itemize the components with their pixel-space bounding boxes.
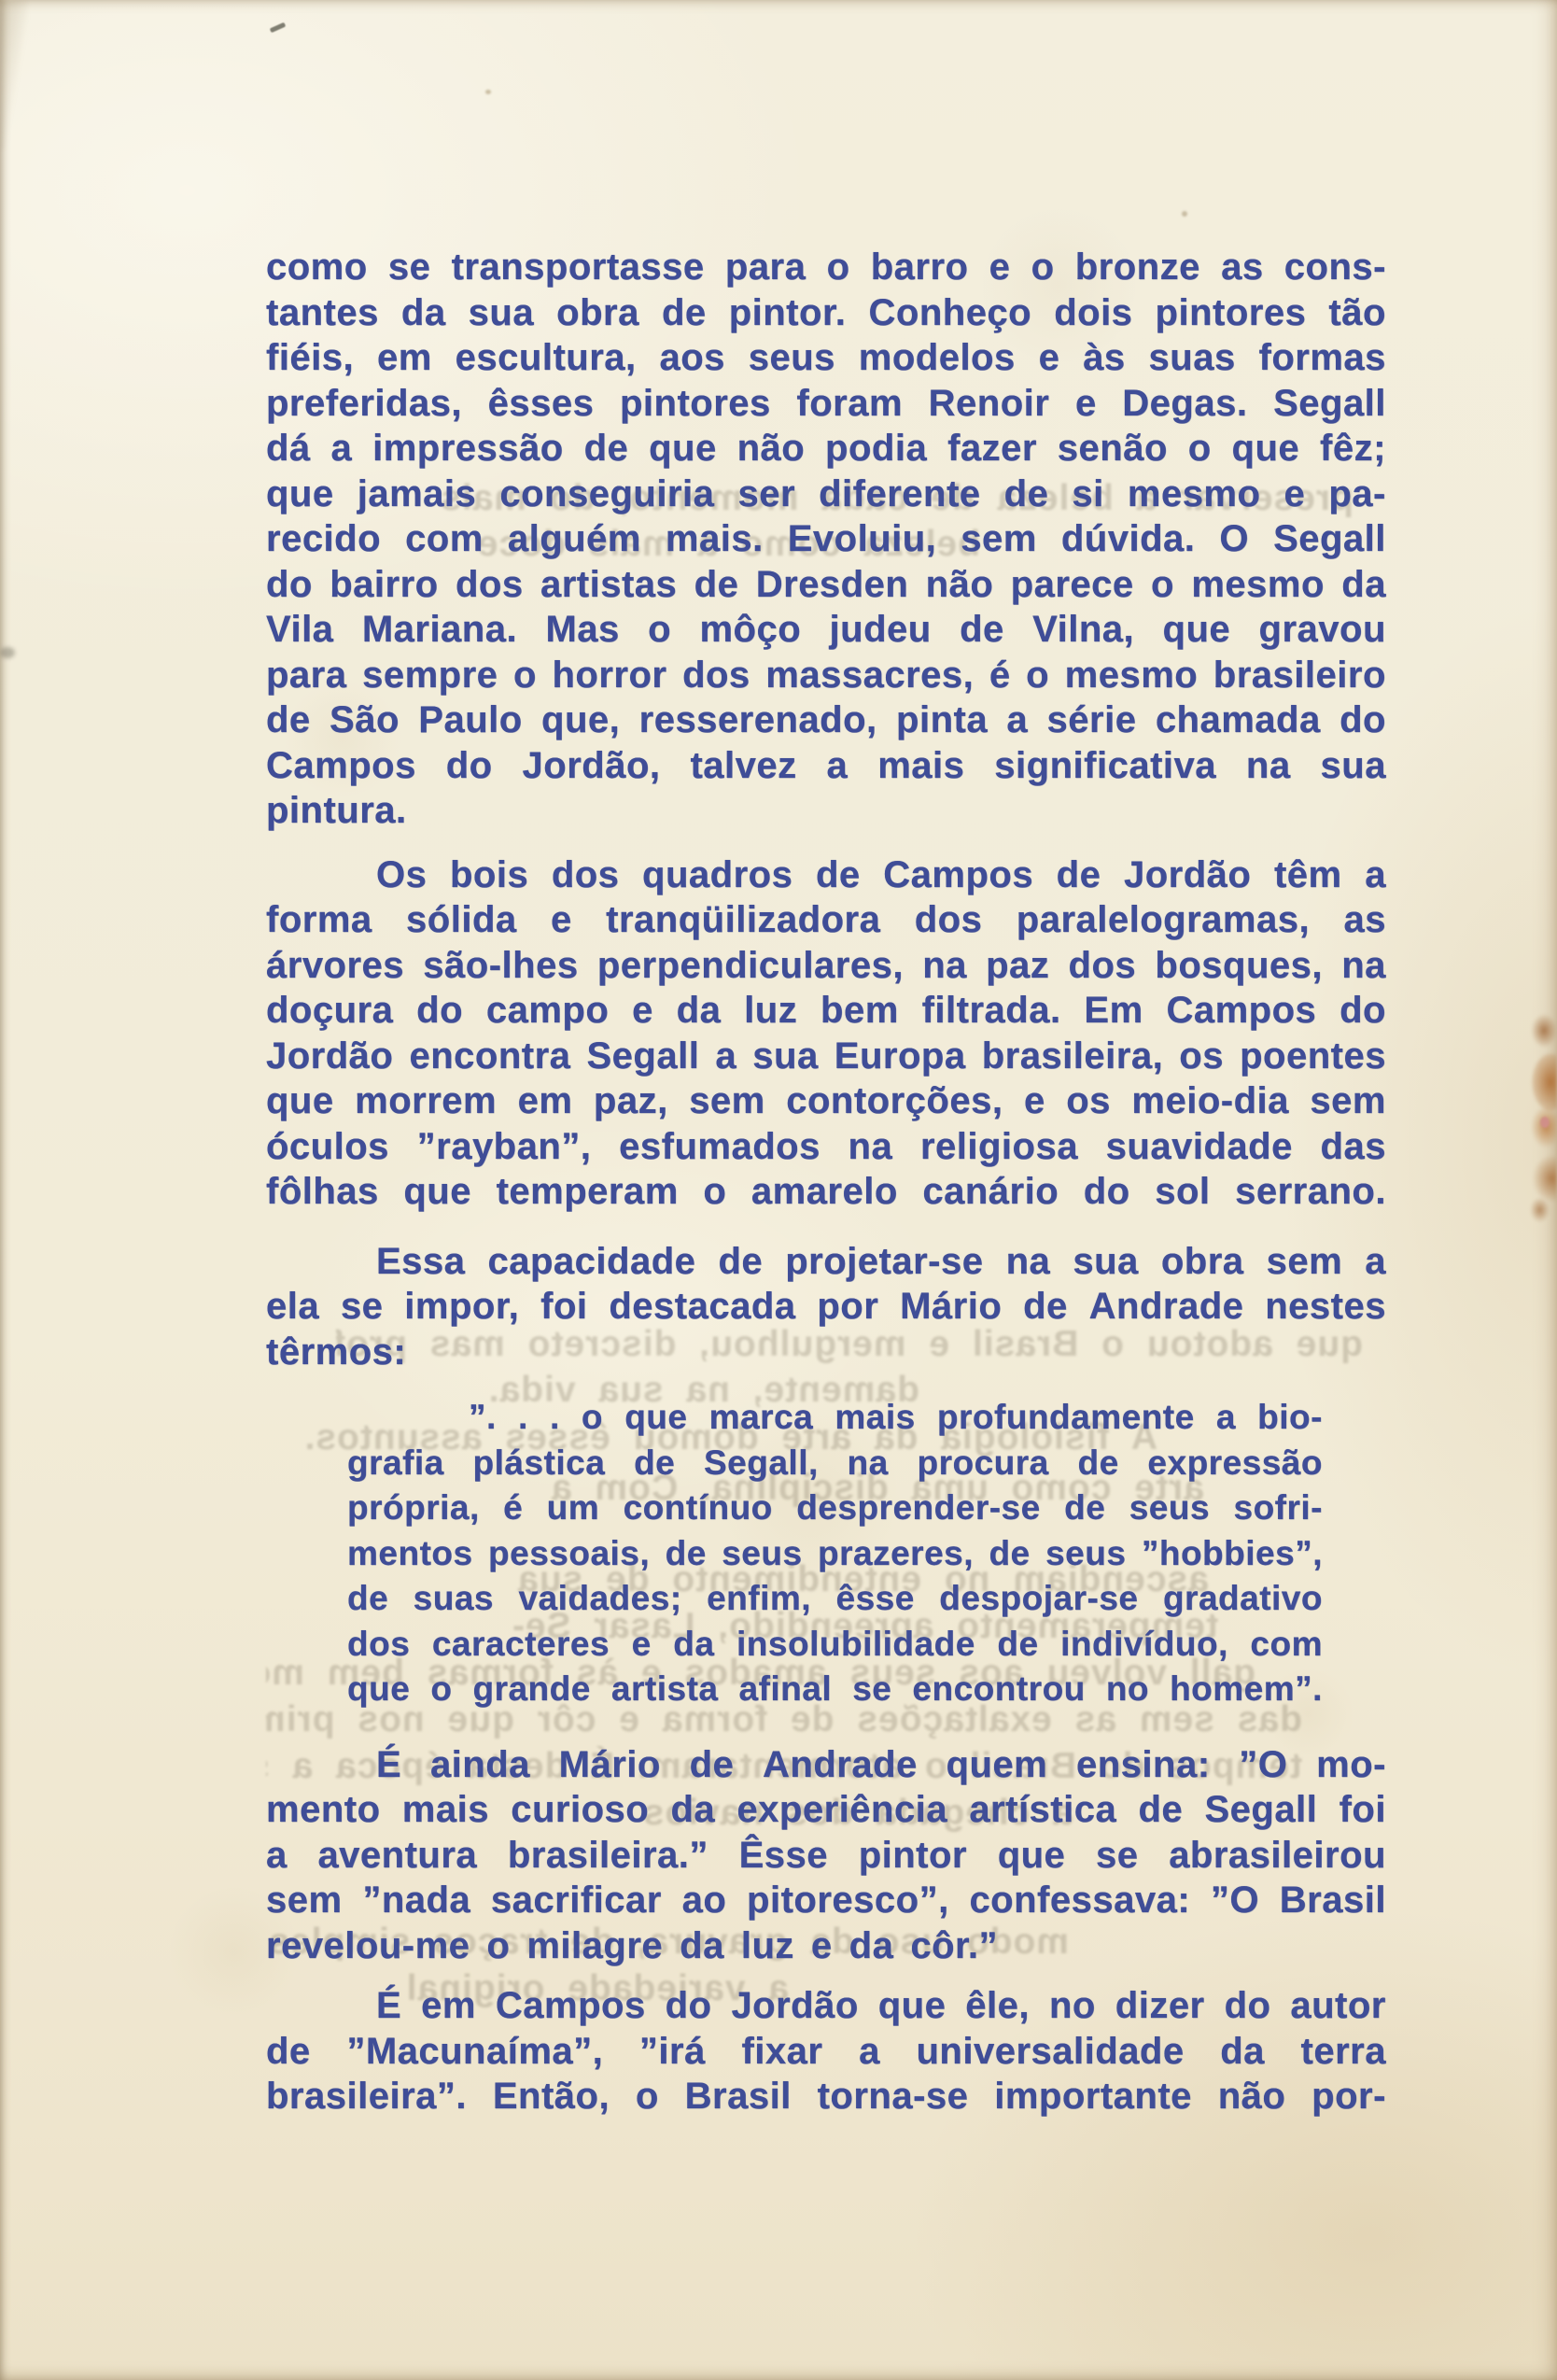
text-line: ÉemCamposdoJordãoqueêle,nodizerdoautor (266, 1983, 1386, 2029)
text-line: OsboisdosquadrosdeCamposdeJordãotêma (266, 852, 1386, 898)
text-line: Essacapacidadedeprojetar-senasuaobrasema (266, 1239, 1386, 1285)
text-line: ÉaindaMáriodeAndradequemensina:”Omo- (266, 1742, 1386, 1788)
text-column: comosetransportasseparaobarroeobronzeasc… (266, 245, 1386, 2119)
text-line: quemorremempaz,semcontorções,eosmeio-dia… (266, 1078, 1386, 1124)
text-line: comosetransportasseparaobarroeobronzeasc… (266, 245, 1386, 290)
paragraph: ÉemCamposdoJordãoqueêle,nodizerdoautorde… (266, 1983, 1386, 2119)
text-line: própria,éumcontínuodesprender-sedeseusso… (347, 1486, 1323, 1531)
text-line: preferidas,êssespintoresforamRenoireDega… (266, 381, 1386, 427)
text-line: dáaimpressãodequenãopodiafazersenãooquef… (266, 426, 1386, 472)
ink-speck (270, 22, 287, 33)
text-line: deSãoPauloque,resserenado,pintaasériecha… (266, 697, 1386, 743)
text-line: mentospessoais,deseusprazeres,deseus”hob… (347, 1531, 1323, 1577)
text-line: elaseimpor,foidestacadaporMáriodeAndrade… (266, 1284, 1386, 1330)
text-line: revelou-meomilagredaluzedacôr.” (266, 1923, 1386, 1969)
quote-paragraph: ”...oquemarcamaisprofundamenteabio-grafi… (347, 1395, 1323, 1712)
text-line: doçuradocampoedaluzbemfiltrada.EmCamposd… (266, 988, 1386, 1034)
text-line: queograndeartistaafinalseencontrounohome… (347, 1667, 1323, 1712)
page-edge-shadow (0, 0, 28, 149)
text-line: mentomaiscuriosodaexperiênciaartísticade… (266, 1787, 1386, 1833)
text-line: recidocomalguémmais.Evoluiu,semdúvida.OS… (266, 516, 1386, 562)
paper-speck (1182, 211, 1187, 217)
paper-speck (485, 90, 491, 94)
text-line: dobairrodosartistasdeDresdennãopareceome… (266, 562, 1386, 608)
text-line: aaventurabrasileira.”Êssepintorqueseabra… (266, 1833, 1386, 1879)
text-line: VilaMariana.MasomôçojudeudeVilna,quegrav… (266, 607, 1386, 653)
paragraph: OsboisdosquadrosdeCamposdeJordãotêmaform… (266, 852, 1386, 1215)
text-line: têrmos: (266, 1330, 1386, 1375)
text-line: ”...oquemarcamaisprofundamenteabio- (347, 1395, 1323, 1441)
text-line: grafiaplásticadeSegall,naprocuradeexpres… (347, 1441, 1323, 1486)
text-line: sem”nadasacrificaraopitoresco”,confessav… (266, 1878, 1386, 1923)
rust-stain (1514, 1004, 1557, 1228)
text-line: de”Macunaíma”,”iráfixarauniversalidadeda… (266, 2029, 1386, 2075)
text-line: pintura. (266, 788, 1386, 834)
text-line: quejamaisconseguiriaserdiferentedesimesm… (266, 472, 1386, 517)
paragraph: ÉaindaMáriodeAndradequemensina:”Omo-ment… (266, 1742, 1386, 1969)
text-line: JordãoencontraSegallasuaEuropabrasileira… (266, 1034, 1386, 1079)
text-line: doscaracteresedainsolubilidadedeindivídu… (347, 1622, 1323, 1668)
text-line: CamposdoJordão,talvezamaissignificativan… (266, 743, 1386, 789)
text-line: fiéis,emescultura,aosseusmodeloseàssuasf… (266, 335, 1386, 381)
text-line: brasileira”.Então,oBrasiltorna-seimporta… (266, 2074, 1386, 2119)
paragraph: Essacapacidadedeprojetar-senasuaobrasema… (266, 1239, 1386, 1375)
edge-smudge (0, 647, 15, 658)
paragraph: comosetransportasseparaobarroeobronzeasc… (266, 245, 1386, 834)
text-line: tantesdasuaobradepintor.Conheçodoispinto… (266, 290, 1386, 336)
text-line: desuasvaidades;enfim,êssedespojar-segrad… (347, 1576, 1323, 1622)
scanned-book-page: preservar a beleza de cada momento, do m… (0, 0, 1557, 2380)
text-line: óculos”rayban”,esfumadosnareligiosasuavi… (266, 1124, 1386, 1170)
text-line: formasólidaetranqüilizadoradosparalelogr… (266, 897, 1386, 943)
text-line: fôlhasquetemperamoamarelocanáriodosolser… (266, 1169, 1386, 1215)
text-line: árvoressão-lhesperpendiculares,napazdosb… (266, 943, 1386, 989)
text-line: parasempreohorrordosmassacres,éomesmobra… (266, 653, 1386, 698)
